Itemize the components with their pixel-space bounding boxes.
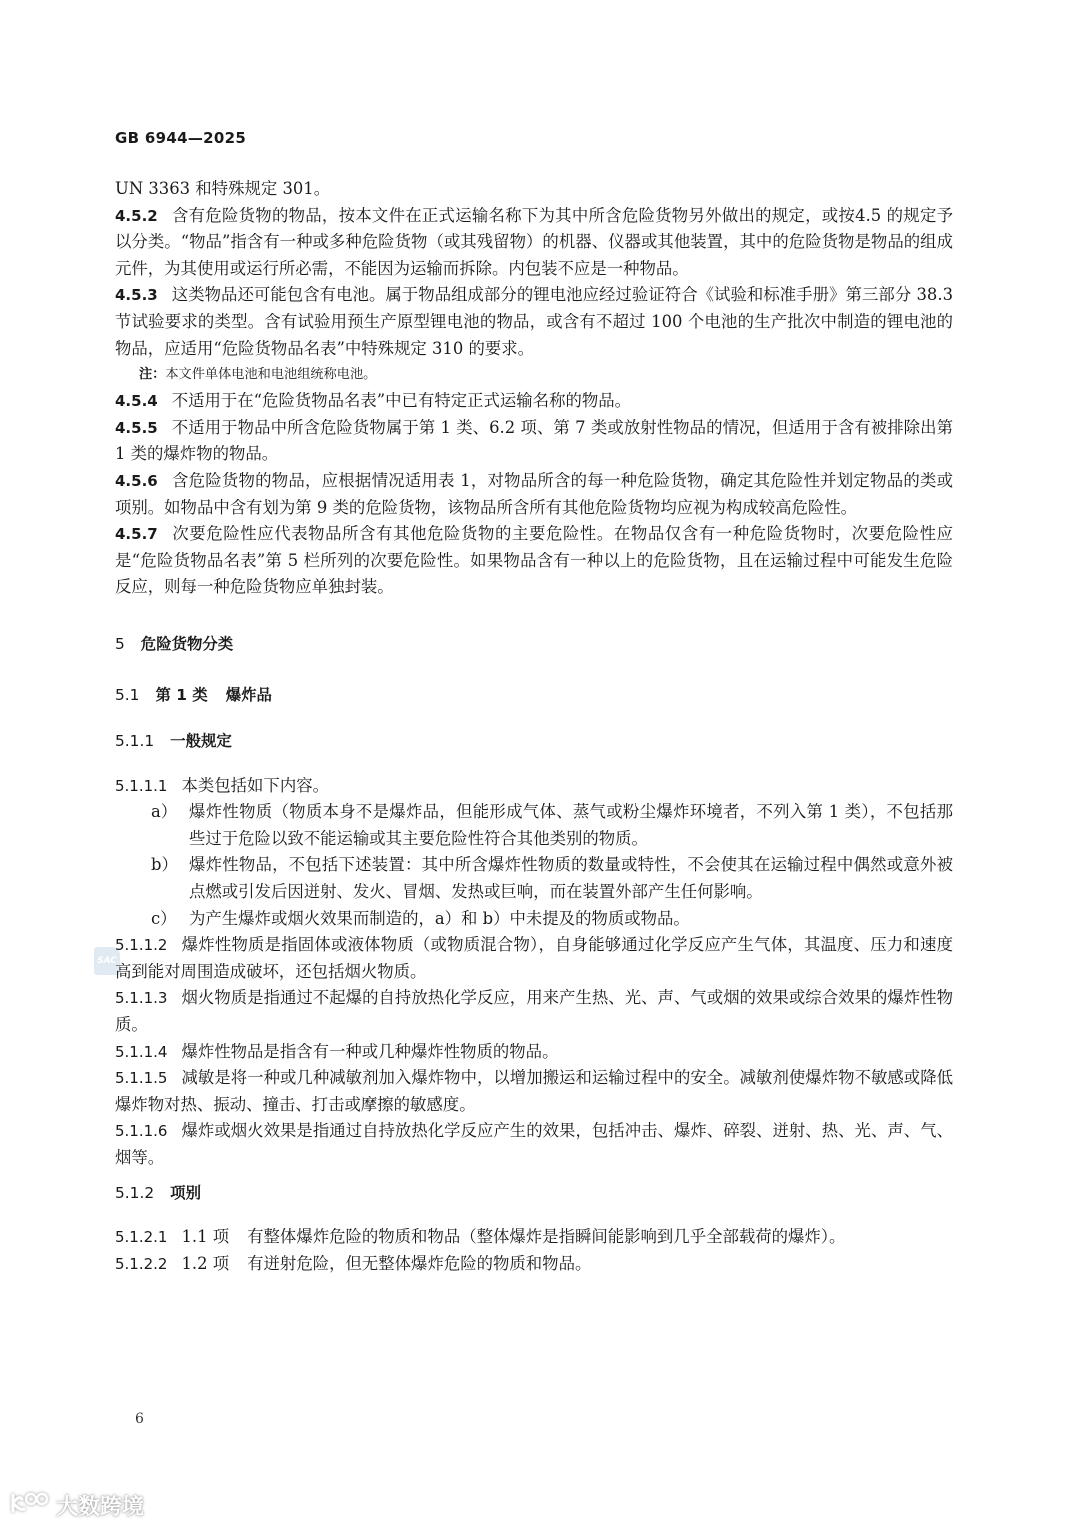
clause-5-1-1-4: 5.1.1.4爆炸性物品是指含有一种或几种爆炸性物质的物品。: [115, 1039, 953, 1066]
clause-number: 5.1.1.2: [115, 932, 167, 959]
clause-5-1-1-6: 5.1.1.6爆炸或烟火效果是指通过自持放热化学反应产生的效果，包括冲击、爆炸、…: [115, 1118, 953, 1171]
division-code: 1.2 项: [181, 1251, 229, 1278]
clause-4-5-5: 4.5.5不适用于物品中所含危险货物属于第 1 类、6.2 项、第 7 类或放射…: [115, 415, 953, 468]
note-4-5-3: 注：本文件单体电池和电池组统称电池。: [115, 362, 953, 388]
section-heading-5-1-2: 5.1.2项别: [115, 1180, 953, 1207]
list-text: 爆炸性物质（物质本身不是爆炸品，但能形成气体、蒸气或粉尘爆炸环境者，不列入第 1…: [189, 799, 953, 852]
page-number: 6: [135, 1411, 144, 1427]
section-title: 爆炸品: [226, 686, 272, 704]
section-number: 5.1.2: [115, 1180, 154, 1207]
clause-4-5-2: 4.5.2含有危险货物的物品，按本文件在正式运输名称下为其中所含危险货物另外做出…: [115, 203, 953, 283]
clause-text: 爆炸性物质是指固体或液体物质（或物质混合物），自身能够通过化学反应产生气体，其温…: [115, 935, 953, 981]
list-item-c: c） 为产生爆炸或烟火效果而制造的，a）和 b）中未提及的物质或物品。: [115, 906, 953, 933]
paragraph-continuation: UN 3363 和特殊规定 301。: [115, 176, 953, 203]
standard-code-header: GB 6944—2025: [115, 129, 246, 147]
clause-number: 4.5.5: [115, 415, 158, 442]
section-title: 一般规定: [170, 732, 232, 750]
list-marker: c）: [151, 906, 189, 933]
clause-5-1-1-3: 5.1.1.3烟火物质是指通过不起爆的自持放热化学反应，用来产生热、光、声、气或…: [115, 985, 953, 1038]
clause-4-5-7: 4.5.7次要危险性应代表物品所含有其他危险货物的主要危险性。在物品仅含有一种危…: [115, 521, 953, 601]
section-title: 项别: [170, 1184, 201, 1202]
clause-text: 含危险货物的物品，应根据情况适用表 1，对物品所含的每一种危险货物，确定其危险性…: [115, 471, 953, 517]
clause-number: 4.5.6: [115, 468, 158, 495]
section-heading-5-1-1: 5.1.1一般规定: [115, 728, 953, 755]
clause-4-5-4: 4.5.4不适用于在“危险货物品名表”中已有特定正式运输名称的物品。: [115, 388, 953, 415]
clause-number: 5.1.1.4: [115, 1039, 167, 1066]
list-marker: a）: [151, 799, 189, 852]
section-number: 5.1.1: [115, 728, 154, 755]
section-number: 5.1: [115, 682, 139, 709]
clause-text: 这类物品还可能包含有电池。属于物品组成部分的锂电池应经过验证符合《试验和标准手册…: [115, 285, 953, 357]
note-text: 本文件单体电池和电池组统称电池。: [165, 367, 376, 382]
watermark-text: 大数跨境: [56, 1490, 144, 1521]
clause-number: 5.1.1.6: [115, 1118, 167, 1145]
section-title: 危险货物分类: [141, 635, 233, 653]
note-label: 注：: [139, 367, 165, 382]
section-number: 5: [115, 631, 125, 658]
clause-4-5-3: 4.5.3这类物品还可能包含有电池。属于物品组成部分的锂电池应经过验证符合《试验…: [115, 282, 953, 362]
clause-number: 5.1.1.5: [115, 1065, 167, 1092]
clause-number: 4.5.2: [115, 203, 158, 230]
clause-4-5-6: 4.5.6含危险货物的物品，应根据情况适用表 1，对物品所含的每一种危险货物，确…: [115, 468, 953, 521]
watermark-logo-icon: [10, 1491, 50, 1521]
clause-text: 减敏是将一种或几种减敏剂加入爆炸物中，以增加搬运和运输过程中的安全。减敏剂使爆炸…: [115, 1068, 953, 1114]
list-item-a: a） 爆炸性物质（物质本身不是爆炸品，但能形成气体、蒸气或粉尘爆炸环境者，不列入…: [115, 799, 953, 852]
clause-text: 含有危险货物的物品，按本文件在正式运输名称下为其中所含危险货物另外做出的规定，或…: [115, 206, 953, 278]
division-text: 有整体爆炸危险的物质和物品（整体爆炸是指瞬间能影响到几乎全部载荷的爆炸）。: [247, 1227, 845, 1246]
clause-number: 4.5.7: [115, 521, 158, 548]
clause-number: 4.5.3: [115, 282, 158, 309]
division-code: 1.1 项: [181, 1224, 229, 1251]
clause-text: 次要危险性应代表物品所含有其他危险货物的主要危险性。在物品仅含有一种危险货物时，…: [115, 524, 953, 596]
clause-text: 不适用于在“危险货物品名表”中已有特定正式运输名称的物品。: [172, 391, 631, 410]
list-text: 爆炸性物品，不包括下述装置：其中所含爆炸性物质的数量或特性，不会使其在运输过程中…: [189, 852, 953, 905]
clause-text: 烟火物质是指通过不起爆的自持放热化学反应，用来产生热、光、声、气或烟的效果或综合…: [115, 988, 953, 1034]
clause-text: 爆炸性物品是指含有一种或几种爆炸性物质的物品。: [181, 1042, 558, 1061]
watermark: 大数跨境: [10, 1490, 144, 1521]
section-heading-5-1: 5.1第 1 类爆炸品: [115, 682, 953, 709]
clause-text: 本类包括如下内容。: [181, 776, 329, 795]
division-1-1: 5.1.2.11.1 项有整体爆炸危险的物质和物品（整体爆炸是指瞬间能影响到几乎…: [115, 1224, 953, 1251]
clause-5-1-1-1: 5.1.1.1本类包括如下内容。: [115, 773, 953, 800]
clause-number: 5.1.2.1: [115, 1224, 167, 1251]
document-body: UN 3363 和特殊规定 301。 4.5.2含有危险货物的物品，按本文件在正…: [115, 176, 953, 1277]
clause-5-1-1-2: 5.1.1.2爆炸性物质是指固体或液体物质（或物质混合物），自身能够通过化学反应…: [115, 932, 953, 985]
clause-number: 5.1.1.1: [115, 773, 167, 800]
clause-number: 4.5.4: [115, 388, 158, 415]
clause-number: 5.1.1.3: [115, 985, 167, 1012]
division-1-2: 5.1.2.21.2 项有迸射危险，但无整体爆炸危险的物质和物品。: [115, 1251, 953, 1278]
clause-number: 5.1.2.2: [115, 1251, 167, 1278]
list-text: 为产生爆炸或烟火效果而制造的，a）和 b）中未提及的物质或物品。: [189, 906, 953, 933]
clause-text: 不适用于物品中所含危险货物属于第 1 类、6.2 项、第 7 类或放射性物品的情…: [115, 418, 953, 464]
clause-5-1-1-5: 5.1.1.5减敏是将一种或几种减敏剂加入爆炸物中，以增加搬运和运输过程中的安全…: [115, 1065, 953, 1118]
list-item-b: b） 爆炸性物品，不包括下述装置：其中所含爆炸性物质的数量或特性，不会使其在运输…: [115, 852, 953, 905]
division-text: 有迸射危险，但无整体爆炸危险的物质和物品。: [247, 1254, 591, 1273]
section-heading-5: 5危险货物分类: [115, 631, 953, 658]
clause-text: 爆炸或烟火效果是指通过自持放热化学反应产生的效果，包括冲击、爆炸、碎裂、迸射、热…: [115, 1121, 953, 1167]
class-label: 第 1 类: [155, 682, 207, 709]
list-marker: b）: [151, 852, 189, 905]
